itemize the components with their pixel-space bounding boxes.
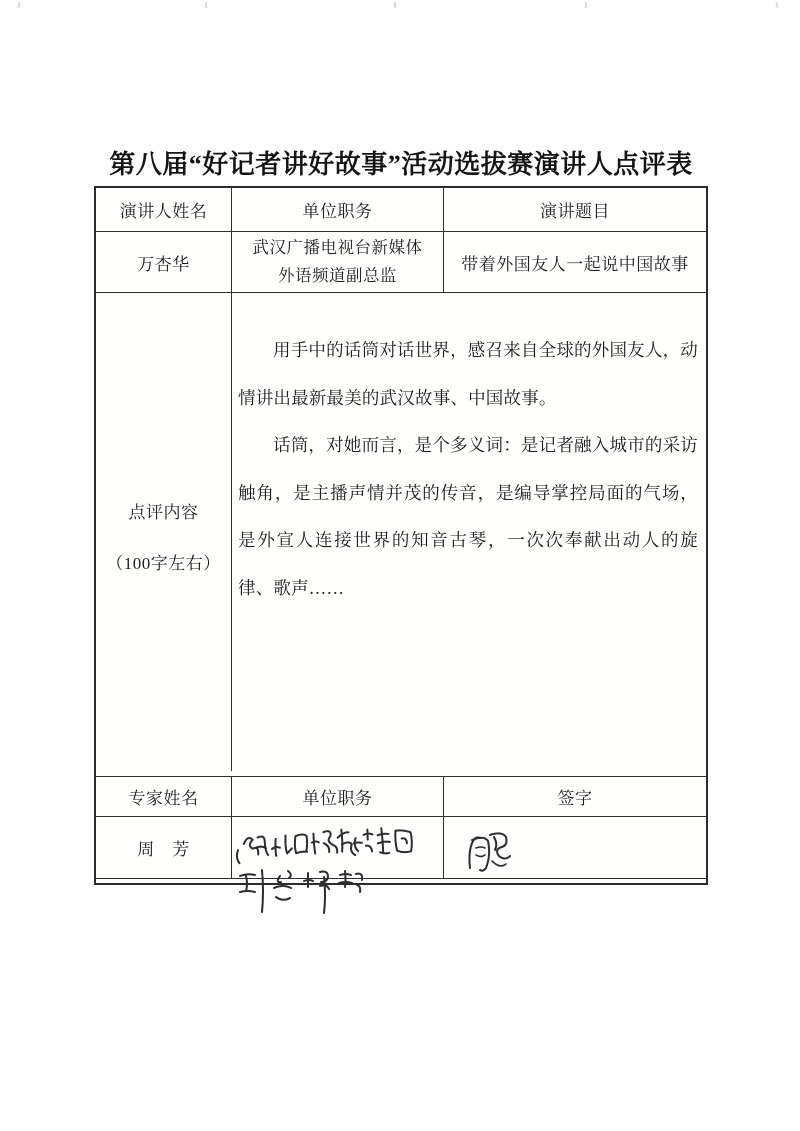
speaker-header-row: 演讲人姓名 单位职务 演讲题目 — [96, 188, 706, 232]
expert-name: 周 芳 — [96, 817, 232, 879]
header-unit-title: 单位职务 — [232, 188, 444, 232]
handwritten-unit-text — [234, 820, 426, 934]
scanned-sheet: 第八届“好记者讲好故事”活动选拔赛演讲人点评表 演讲人姓名 单位职务 演讲题目 … — [0, 0, 800, 1131]
expert-row: 周 芳 — [96, 817, 706, 879]
comment-label-line2: （100字左右） — [106, 549, 221, 578]
speaker-topic: 带着外国友人一起说中国故事 — [444, 232, 706, 293]
expert-header-row: 专家姓名 单位职务 签字 — [96, 777, 706, 817]
header-speech-topic: 演讲题目 — [444, 188, 706, 232]
speaker-name: 万杏华 — [96, 232, 232, 293]
header-signature: 签字 — [444, 777, 706, 817]
scan-speck — [18, 2, 21, 8]
speaker-unit-line2: 外语频道副总监 — [253, 264, 423, 288]
scan-speck — [775, 2, 778, 8]
review-table: 演讲人姓名 单位职务 演讲题目 万杏华 武汉广播电视台新媒体 外语频道副总监 带… — [94, 186, 708, 885]
header-expert-name: 专家姓名 — [96, 777, 232, 817]
speaker-unit: 武汉广播电视台新媒体 外语频道副总监 — [232, 232, 444, 293]
comment-paragraph-1: 用手中的话筒对话世界，感召来自全球的外国友人，动情讲出最新最美的武汉故事、中国故… — [238, 327, 698, 422]
comment-label-line1: 点评内容 — [129, 498, 199, 527]
header-expert-unit: 单位职务 — [232, 777, 444, 817]
comment-row: 点评内容 （100字左右） 用手中的话筒对话世界，感召来自全球的外国友人，动情讲… — [96, 293, 706, 771]
comment-label: 点评内容 （100字左右） — [96, 293, 232, 771]
header-speaker-name: 演讲人姓名 — [96, 188, 232, 232]
document-title: 第八届“好记者讲好故事”活动选拔赛演讲人点评表 — [94, 144, 708, 181]
speaker-unit-line1: 武汉广播电视台新媒体 — [253, 236, 423, 260]
handwritten-unit-cell — [232, 817, 444, 879]
speaker-row: 万杏华 武汉广播电视台新媒体 外语频道副总监 带着外国友人一起说中国故事 — [96, 232, 706, 293]
scan-speck — [205, 2, 207, 8]
handwritten-signature — [460, 828, 532, 878]
comment-content: 用手中的话筒对话世界，感召来自全球的外国友人，动情讲出最新最美的武汉故事、中国故… — [232, 293, 706, 771]
scan-speck — [394, 2, 396, 8]
comment-paragraph-2: 话筒，对她而言，是个多义词：是记者融入城市的采访触角，是主播声情并茂的传音，是编… — [238, 422, 698, 612]
scan-speck — [585, 2, 587, 8]
signature-cell — [444, 817, 706, 879]
